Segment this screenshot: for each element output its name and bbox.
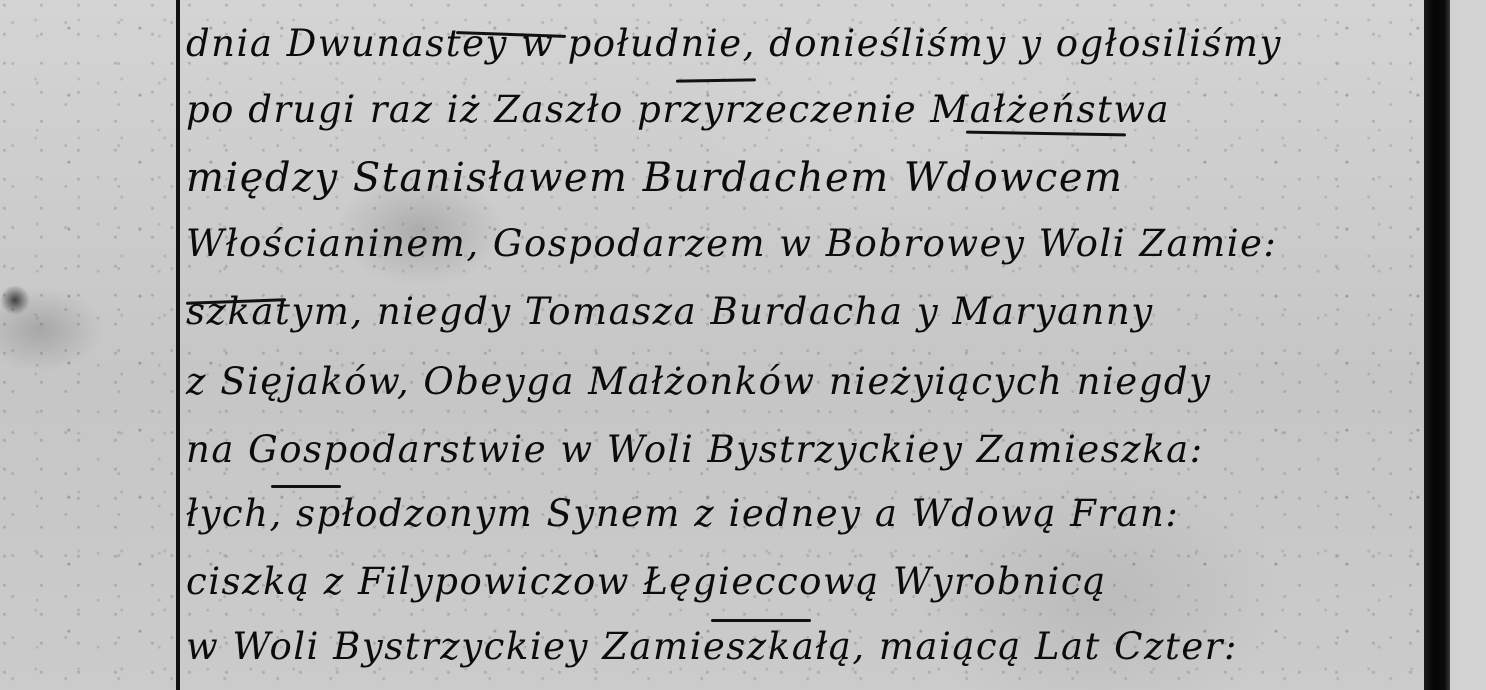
ink-blot <box>0 285 30 315</box>
adjacent-page-strip <box>1450 0 1486 690</box>
page-binding-edge <box>1424 0 1450 690</box>
text-line-2: po drugi raz iż Zaszło przyrzeczenie Mał… <box>186 88 1170 131</box>
text-line-6: z Sięjaków, Obeyga Małżonków nieżyiących… <box>186 360 1211 403</box>
text-line-3: między Stanisławem Burdachem Wdowcem <box>186 155 1123 201</box>
text-line-8: łych, spłodzonym Synem z iedney a Wdową … <box>186 492 1179 535</box>
margin-rule <box>176 0 180 690</box>
document-scan: dnia Dwunastey w południe, donieśliśmy y… <box>0 0 1486 690</box>
text-line-9: ciszką z Filypowiczow Łęgieccową Wyrobni… <box>186 560 1107 603</box>
text-line-1: dnia Dwunastey w południe, donieśliśmy y… <box>186 22 1282 65</box>
pen-flourish <box>676 78 756 82</box>
text-line-5: szkatym, niegdy Tomasza Burdacha y Marya… <box>186 290 1154 333</box>
handwritten-text-block: dnia Dwunastey w południe, donieśliśmy y… <box>186 0 1416 690</box>
text-line-10: w Woli Bystrzyckiey Zamieszkałą, maiącą … <box>186 625 1238 668</box>
text-line-4: Włościaninem, Gospodarzem w Bobrowey Wol… <box>186 222 1277 265</box>
text-line-7: na Gospodarstwie w Woli Bystrzyckiey Zam… <box>186 428 1204 471</box>
pen-flourish <box>271 485 341 488</box>
pen-flourish <box>711 619 811 622</box>
pen-flourish <box>966 131 1126 137</box>
